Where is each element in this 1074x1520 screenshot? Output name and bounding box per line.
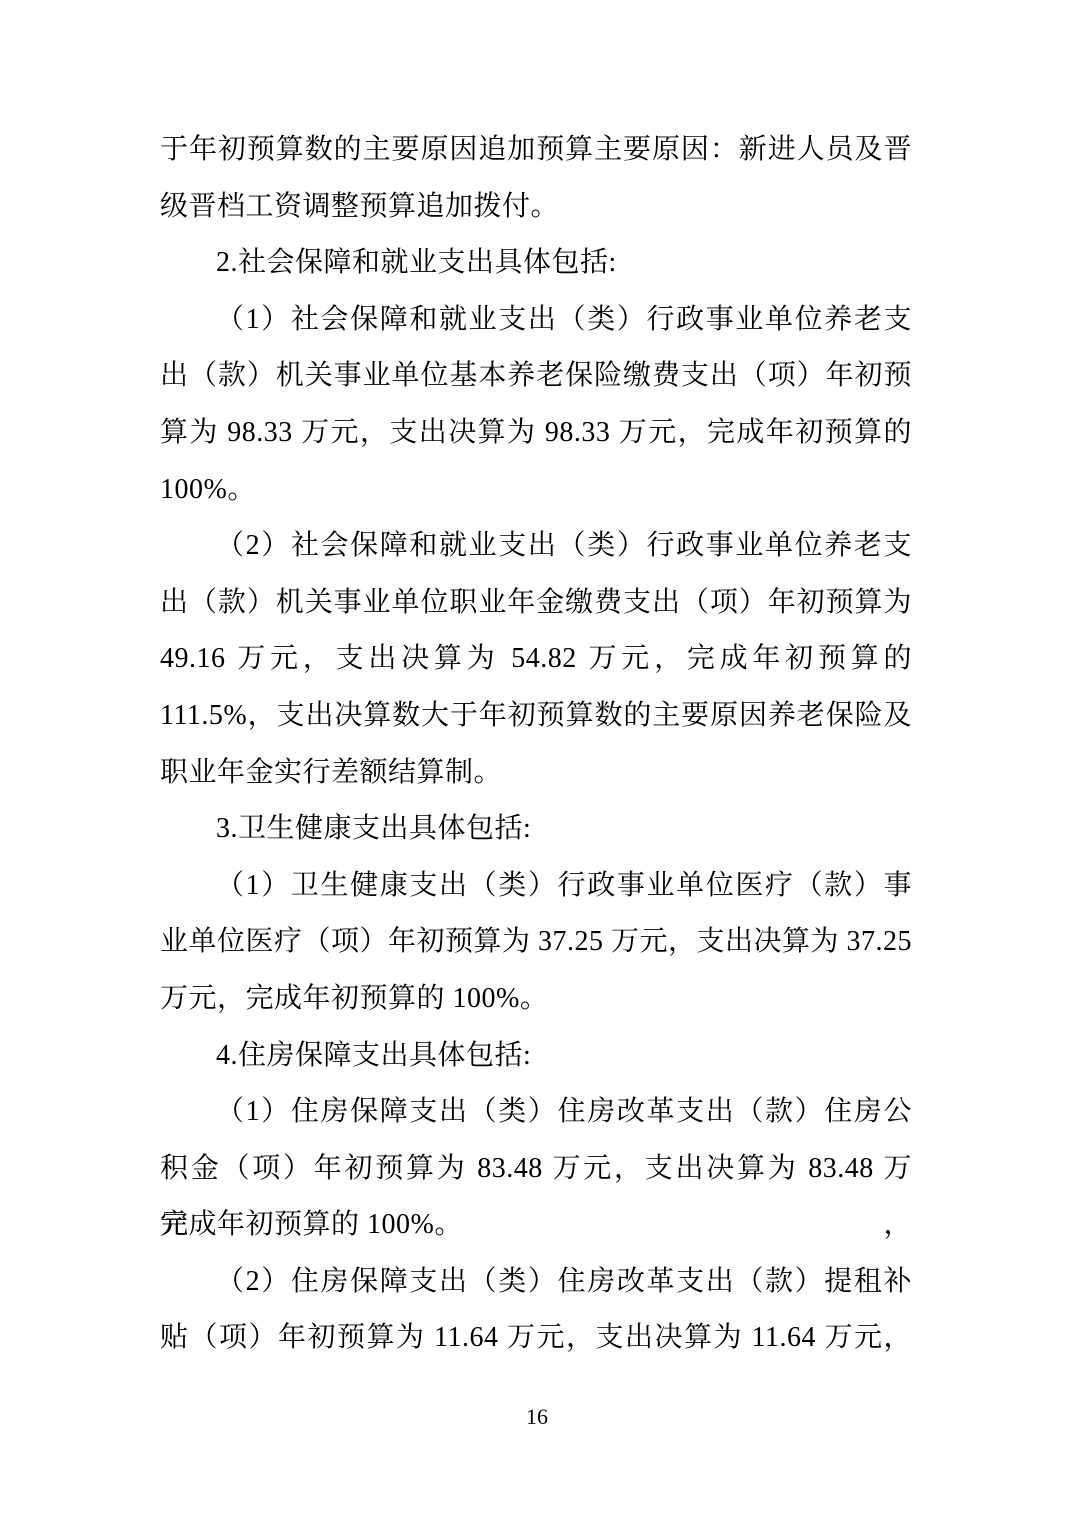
page-number: 16 [0,1402,1074,1432]
text-line: 贴（项）年初预算为 11.64 万元，支出决算为 11.64 万元， [160,1310,912,1367]
text-line: （2）社会保障和就业支出（类）行政事业单位养老支 [160,518,912,575]
text-line: 职业年金实行差额结算制。 [160,745,912,802]
text-line: 49.16 万元，支出决算为 54.82 万元，完成年初预算的 [160,631,912,688]
text-line: 业单位医疗（项）年初预算为 37.25 万元，支出决算为 37.25 [160,914,912,971]
text-line: 出（款）机关事业单位职业年金缴费支出（项）年初预算为 [160,575,912,632]
text-line: 3.卫生健康支出具体包括: [160,801,912,858]
text-line: 出（款）机关事业单位基本养老保险缴费支出（项）年初预 [160,348,912,405]
text-line: （1）社会保障和就业支出（类）行政事业单位养老支 [160,292,912,349]
text-line: 100%。 [160,462,912,519]
text-line: 2.社会保障和就业支出具体包括: [160,235,912,292]
text-line: 4.住房保障支出具体包括: [160,1028,912,1085]
document-body: 于年初预算数的主要原因追加预算主要原因：新进人员及晋级晋档工资调整预算追加拨付。… [160,122,912,1367]
text-line: （1）卫生健康支出（类）行政事业单位医疗（款）事 [160,858,912,915]
text-line: 111.5%，支出决算数大于年初预算数的主要原因养老保险及 [160,688,912,745]
document-page: 于年初预算数的主要原因追加预算主要原因：新进人员及晋级晋档工资调整预算追加拨付。… [0,0,1074,1520]
text-line: 万元，完成年初预算的 100%。 [160,971,912,1028]
text-line: （2）住房保障支出（类）住房改革支出（款）提租补 [160,1254,912,1311]
text-line: （1）住房保障支出（类）住房改革支出（款）住房公 [160,1084,912,1141]
text-line: 于年初预算数的主要原因追加预算主要原因：新进人员及晋 [160,122,912,179]
text-line: 级晋档工资调整预算追加拨付。 [160,179,912,236]
text-line: 积金（项）年初预算为 83.48 万元，支出决算为 83.48 万元， [160,1141,912,1198]
text-line: 算为 98.33 万元，支出决算为 98.33 万元，完成年初预算的 [160,405,912,462]
